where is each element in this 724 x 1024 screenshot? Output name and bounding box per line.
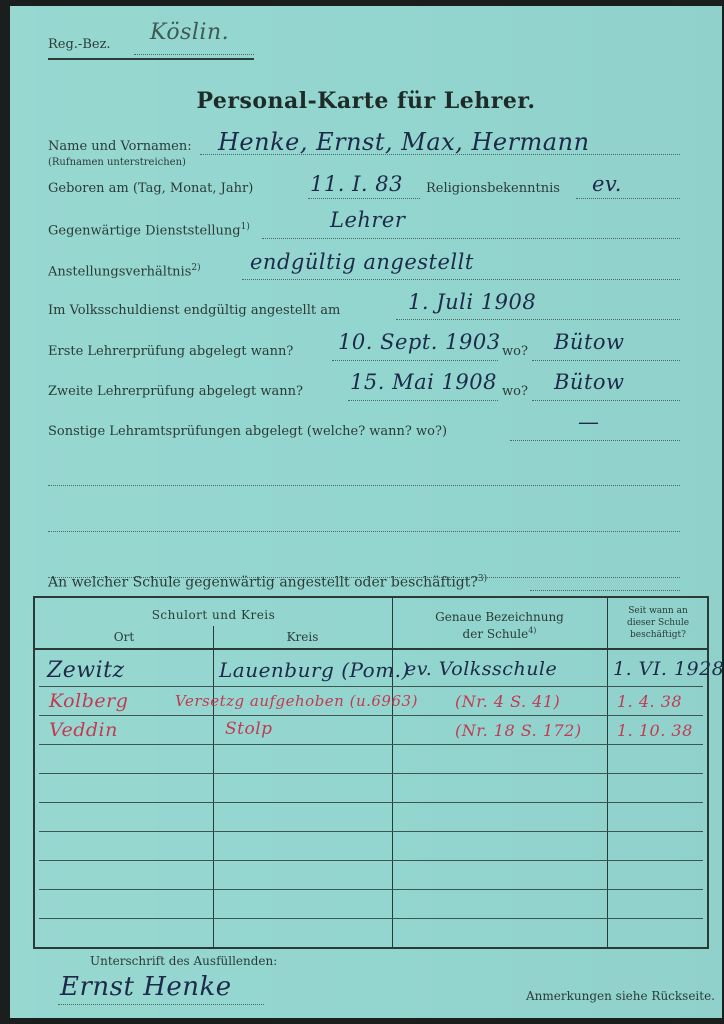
row-line — [39, 686, 703, 687]
row2-schule: (Nr. 4 S. 41) — [455, 692, 560, 711]
row1-seit: 1. VI. 1928 — [613, 658, 724, 680]
second-exam-where-label: wo? — [502, 384, 528, 399]
row-line — [39, 918, 703, 919]
school-table: Schulort und Kreis Ort Kreis Genaue Beze… — [33, 596, 709, 949]
header-seit-line1: Seit wann an — [607, 606, 709, 616]
position-value: Lehrer — [330, 208, 405, 232]
row-line — [39, 889, 703, 890]
header-ort: Ort — [35, 630, 213, 644]
header-schule-line1: Genaue Bezeichnung — [392, 610, 607, 624]
employment-label-text: Anstellungsverhältnis — [48, 264, 191, 279]
notes-reference: Anmerkungen siehe Rückseite. — [526, 989, 715, 1003]
second-exam-when: 15. Mai 1908 — [350, 370, 497, 394]
row3-ort: Veddin — [49, 719, 118, 741]
other-exams-line-2 — [48, 485, 680, 486]
regbez-dotted-line — [134, 54, 254, 55]
header-divider — [35, 648, 707, 650]
row-line — [39, 831, 703, 832]
first-exam-when-dotted-line — [332, 360, 498, 361]
header-seit-line3: beschäftigt? — [607, 630, 709, 640]
school-question: An welcher Schule gegenwärtig angestellt… — [48, 574, 487, 591]
school-question-dotted-line — [530, 590, 680, 591]
header-schule-line2: der Schule4) — [392, 626, 607, 641]
school-question-text: An welcher Schule gegenwärtig angestellt… — [48, 575, 478, 591]
row1-schule: ev. Volksschule — [405, 658, 557, 680]
header-seit-line2: dieser Schule — [607, 618, 709, 628]
born-label: Geboren am (Tag, Monat, Jahr) — [48, 181, 253, 196]
religion-value: ev. — [592, 172, 622, 196]
row3-kreis: Stolp — [225, 719, 273, 739]
religion-dotted-line — [576, 198, 680, 199]
name-value: Henke, Ernst, Max, Hermann — [218, 128, 590, 156]
row3-schule: (Nr. 18 S. 172) — [455, 721, 582, 740]
row-line — [39, 773, 703, 774]
row2-seit: 1. 4. 38 — [617, 692, 682, 711]
position-footnote: 1) — [241, 222, 250, 232]
row1-ort: Zewitz — [47, 658, 125, 683]
header-kreis: Kreis — [213, 630, 392, 644]
employment-label: Anstellungsverhältnis2) — [48, 263, 201, 279]
position-label-text: Gegenwärtige Dienststellung — [48, 223, 241, 238]
name-label: Name und Vornamen: — [48, 139, 192, 154]
row-line — [39, 860, 703, 861]
first-exam-where: Bütow — [554, 330, 625, 354]
col-divider-ort-kreis — [213, 626, 214, 947]
header-schule-footnote: 4) — [528, 626, 536, 635]
other-exams-line-3 — [48, 531, 680, 532]
regbez-label: Reg.-Bez. — [48, 37, 111, 52]
position-dotted-line — [262, 238, 680, 239]
row-line — [39, 744, 703, 745]
volksschul-label: Im Volksschuldienst endgültig angestellt… — [48, 303, 340, 318]
second-exam-when-dotted-line — [348, 400, 498, 401]
other-exams-dotted-line — [510, 440, 680, 441]
header-schule-line2-text: der Schule — [463, 627, 529, 641]
second-exam-label: Zweite Lehrerprüfung abgelegt wann? — [48, 384, 303, 399]
born-value: 11. I. 83 — [310, 172, 403, 196]
employment-value: endgültig angestellt — [250, 250, 474, 274]
row3-seit: 1. 10. 38 — [617, 721, 693, 740]
volksschul-value: 1. Juli 1908 — [408, 290, 536, 314]
row2-kreis: Versetzg aufgehoben (u.6963) — [175, 692, 418, 710]
position-label: Gegenwärtige Dienststellung1) — [48, 222, 250, 238]
first-exam-label: Erste Lehrerprüfung abgelegt wann? — [48, 344, 293, 359]
first-exam-where-dotted-line — [532, 360, 680, 361]
born-dotted-line — [308, 198, 420, 199]
row-line — [39, 715, 703, 716]
signature-value: Ernst Henke — [60, 972, 232, 1002]
other-exams-label: Sonstige Lehramtsprüfungen abgelegt (wel… — [48, 424, 447, 439]
religion-label: Religionsbekenntnis — [426, 181, 560, 196]
regbez-value: Köslin. — [150, 20, 229, 45]
page-title: Personal-Karte für Lehrer. — [10, 88, 722, 114]
row1-kreis: Lauenburg (Pom.) — [219, 658, 410, 682]
name-note: (Rufnamen unterstreichen) — [48, 157, 186, 168]
regbez-underline — [48, 58, 254, 60]
row2-ort: Kolberg — [49, 690, 128, 712]
employment-footnote: 2) — [191, 263, 200, 273]
other-exams-value: — — [578, 410, 600, 434]
second-exam-where-dotted-line — [532, 400, 680, 401]
second-exam-where: Bütow — [554, 370, 625, 394]
employment-dotted-line — [242, 279, 680, 280]
personnel-card: Reg.-Bez. Köslin. Personal-Karte für Leh… — [10, 6, 722, 1018]
school-question-footnote: 3) — [478, 574, 487, 584]
signature-label: Unterschrift des Ausfüllenden: — [90, 954, 277, 968]
volksschul-dotted-line — [396, 319, 680, 320]
first-exam-when: 10. Sept. 1903 — [338, 330, 501, 354]
header-schulort-kreis: Schulort und Kreis — [35, 608, 392, 622]
signature-dotted-line — [58, 1004, 264, 1005]
row-line — [39, 802, 703, 803]
first-exam-where-label: wo? — [502, 344, 528, 359]
